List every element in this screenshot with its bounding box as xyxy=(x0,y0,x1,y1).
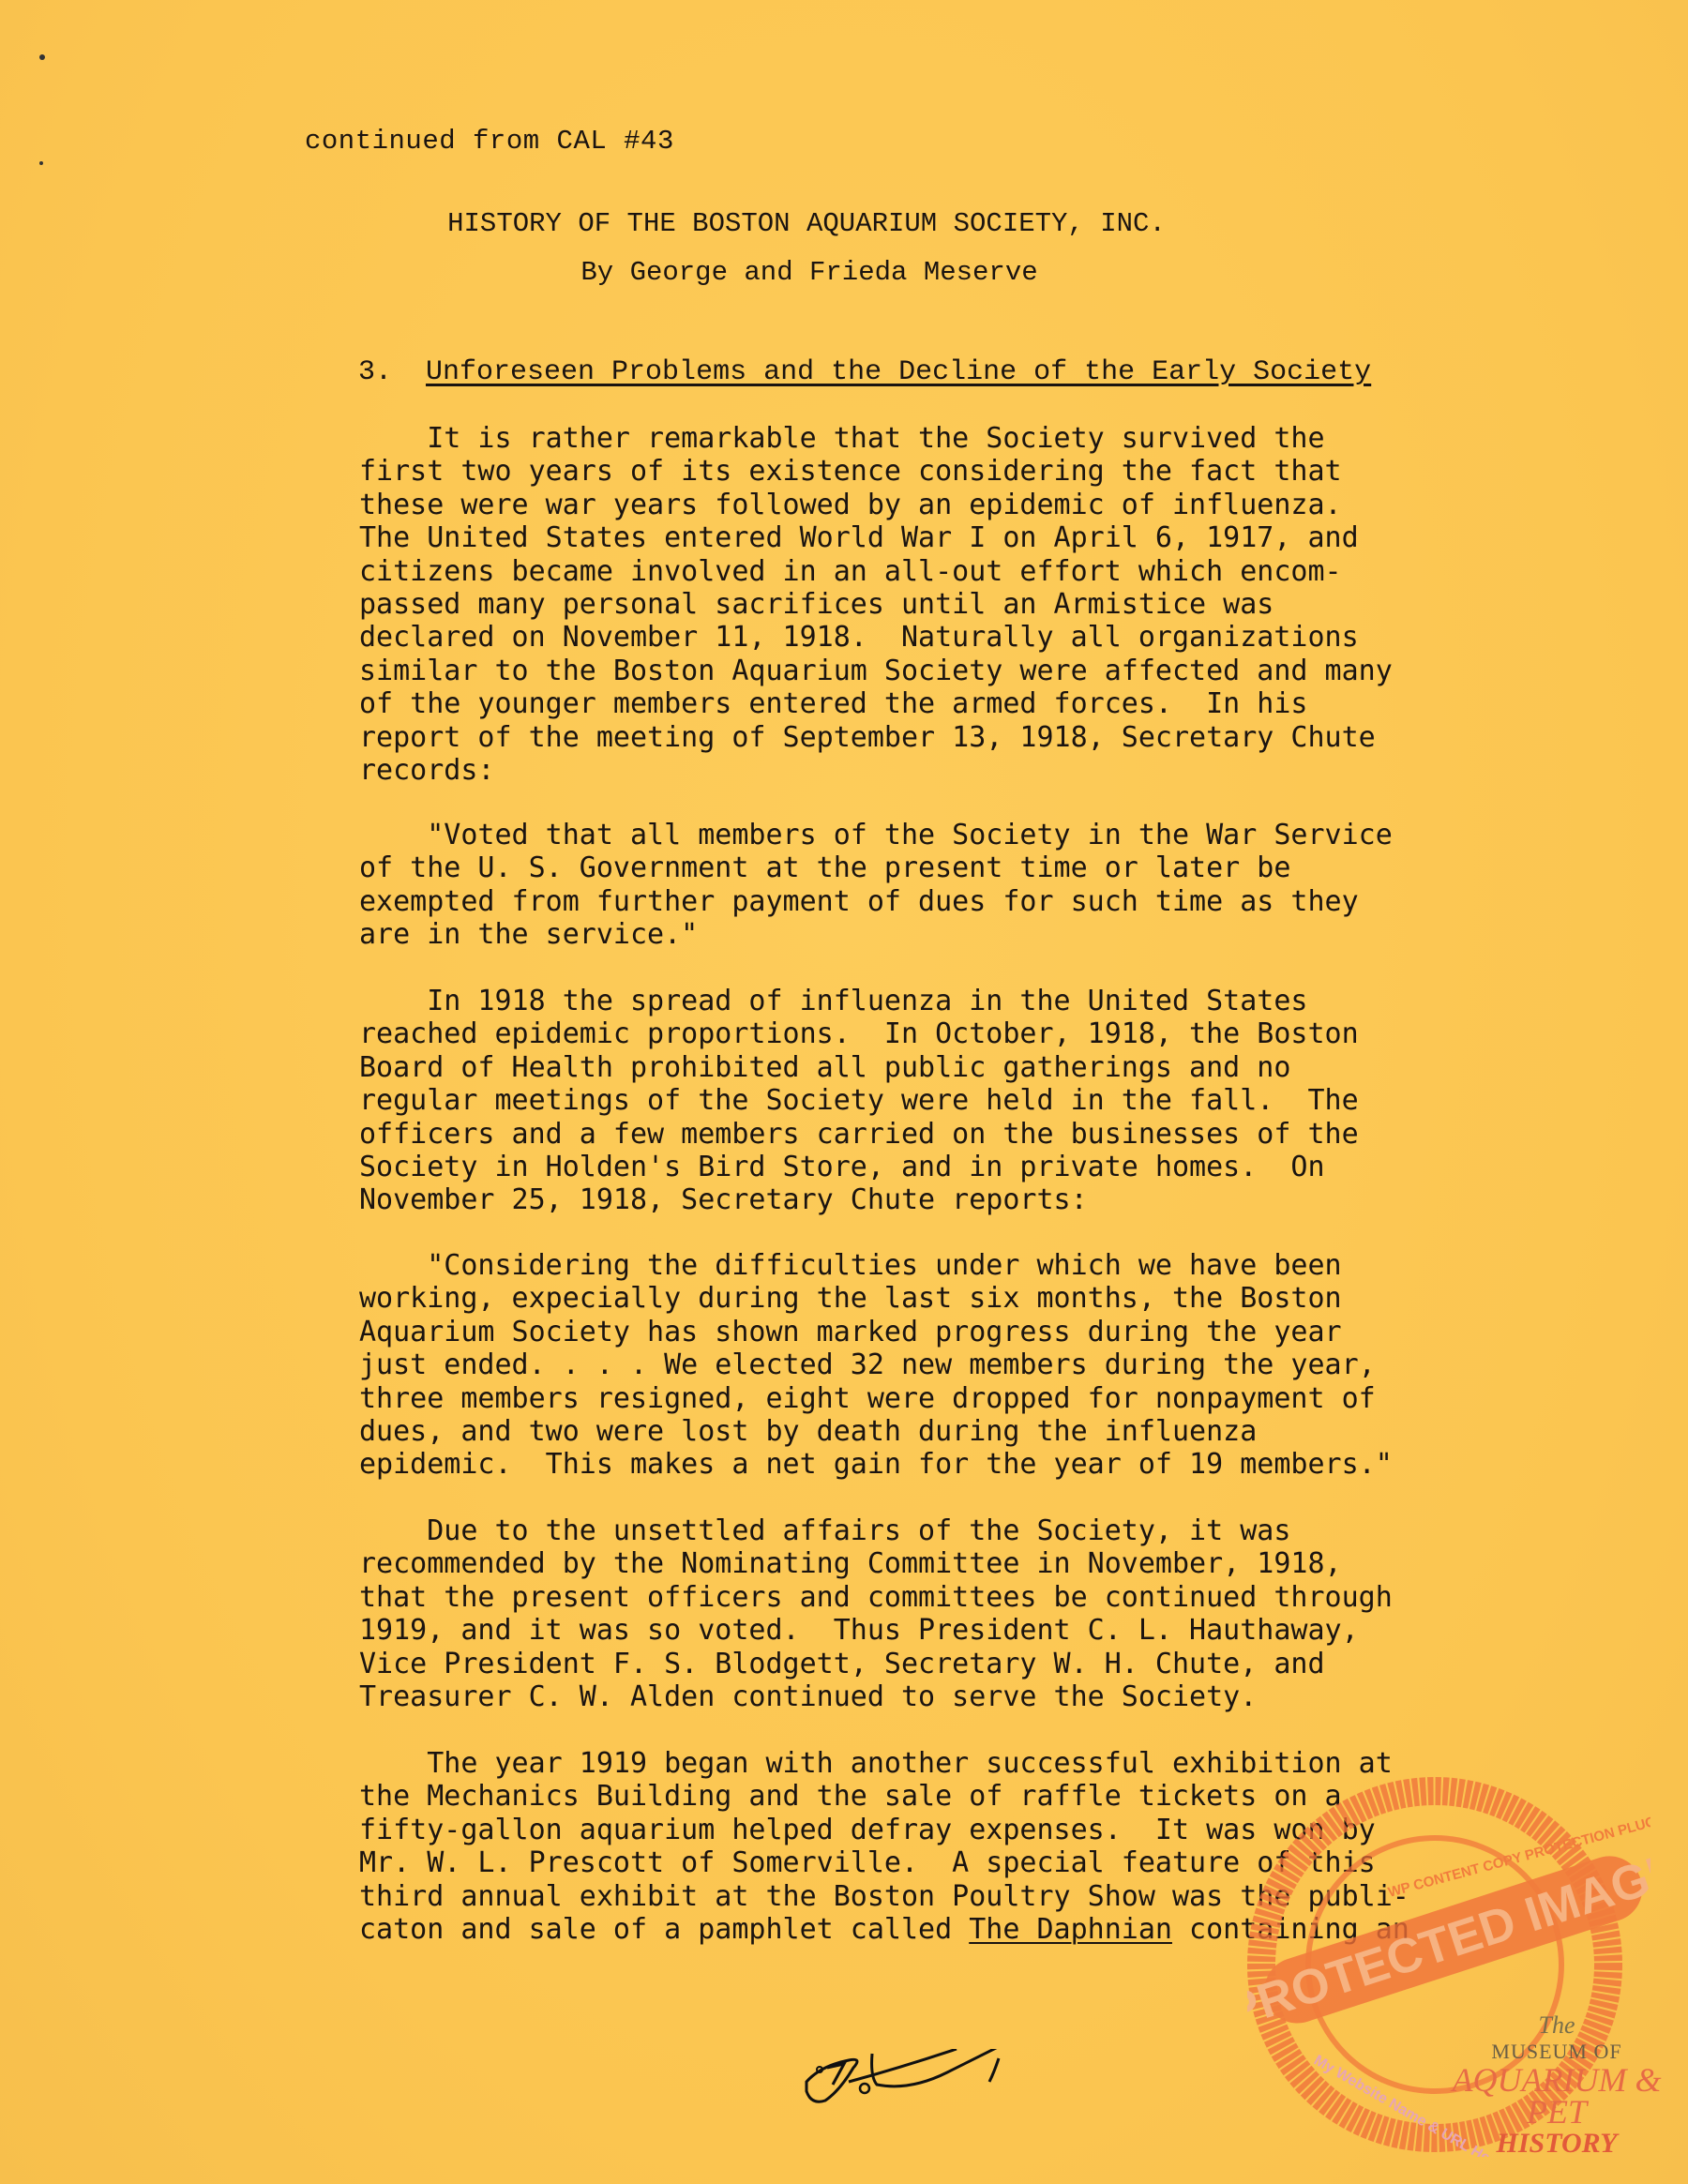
logo-history: HISTORY xyxy=(1444,2128,1669,2160)
continued-note: continued from CAL #43 xyxy=(305,126,674,157)
section-title: Unforeseen Problems and the Decline of t… xyxy=(426,356,1371,388)
byline: By George and Frieda Meserve xyxy=(0,257,1653,288)
section-heading: 3. Unforeseen Problems and the Decline o… xyxy=(358,356,1371,388)
paragraph-war-years: It is rather remarkable that the Society… xyxy=(359,422,1606,787)
paragraph-influenza: In 1918 the spread of influenza in the U… xyxy=(359,985,1606,1217)
section-number: 3. xyxy=(358,356,426,388)
scan-mark xyxy=(39,54,45,60)
pamphlet-title: The Daphnian xyxy=(969,1913,1172,1946)
museum-logo: The MUSEUM OF AQUARIUM & PET HISTORY xyxy=(1444,2011,1669,2160)
scan-mark xyxy=(39,161,43,165)
document-page: continued from CAL #43 HISTORY OF THE BO… xyxy=(0,0,1688,2184)
logo-aquarium: AQUARIUM & PET xyxy=(1444,2064,1669,2128)
quote-secretary-report: "Considering the difficulties under whic… xyxy=(359,1249,1606,1482)
signature-fish-drawing xyxy=(797,2049,1013,2124)
document-title: HISTORY OF THE BOSTON AQUARIUM SOCIETY, … xyxy=(0,208,1650,239)
logo-the: The xyxy=(1444,2011,1669,2040)
quote-war-service: "Voted that all members of the Society i… xyxy=(359,819,1606,952)
paragraph-officers: Due to the unsettled affairs of the Soci… xyxy=(359,1514,1606,1713)
